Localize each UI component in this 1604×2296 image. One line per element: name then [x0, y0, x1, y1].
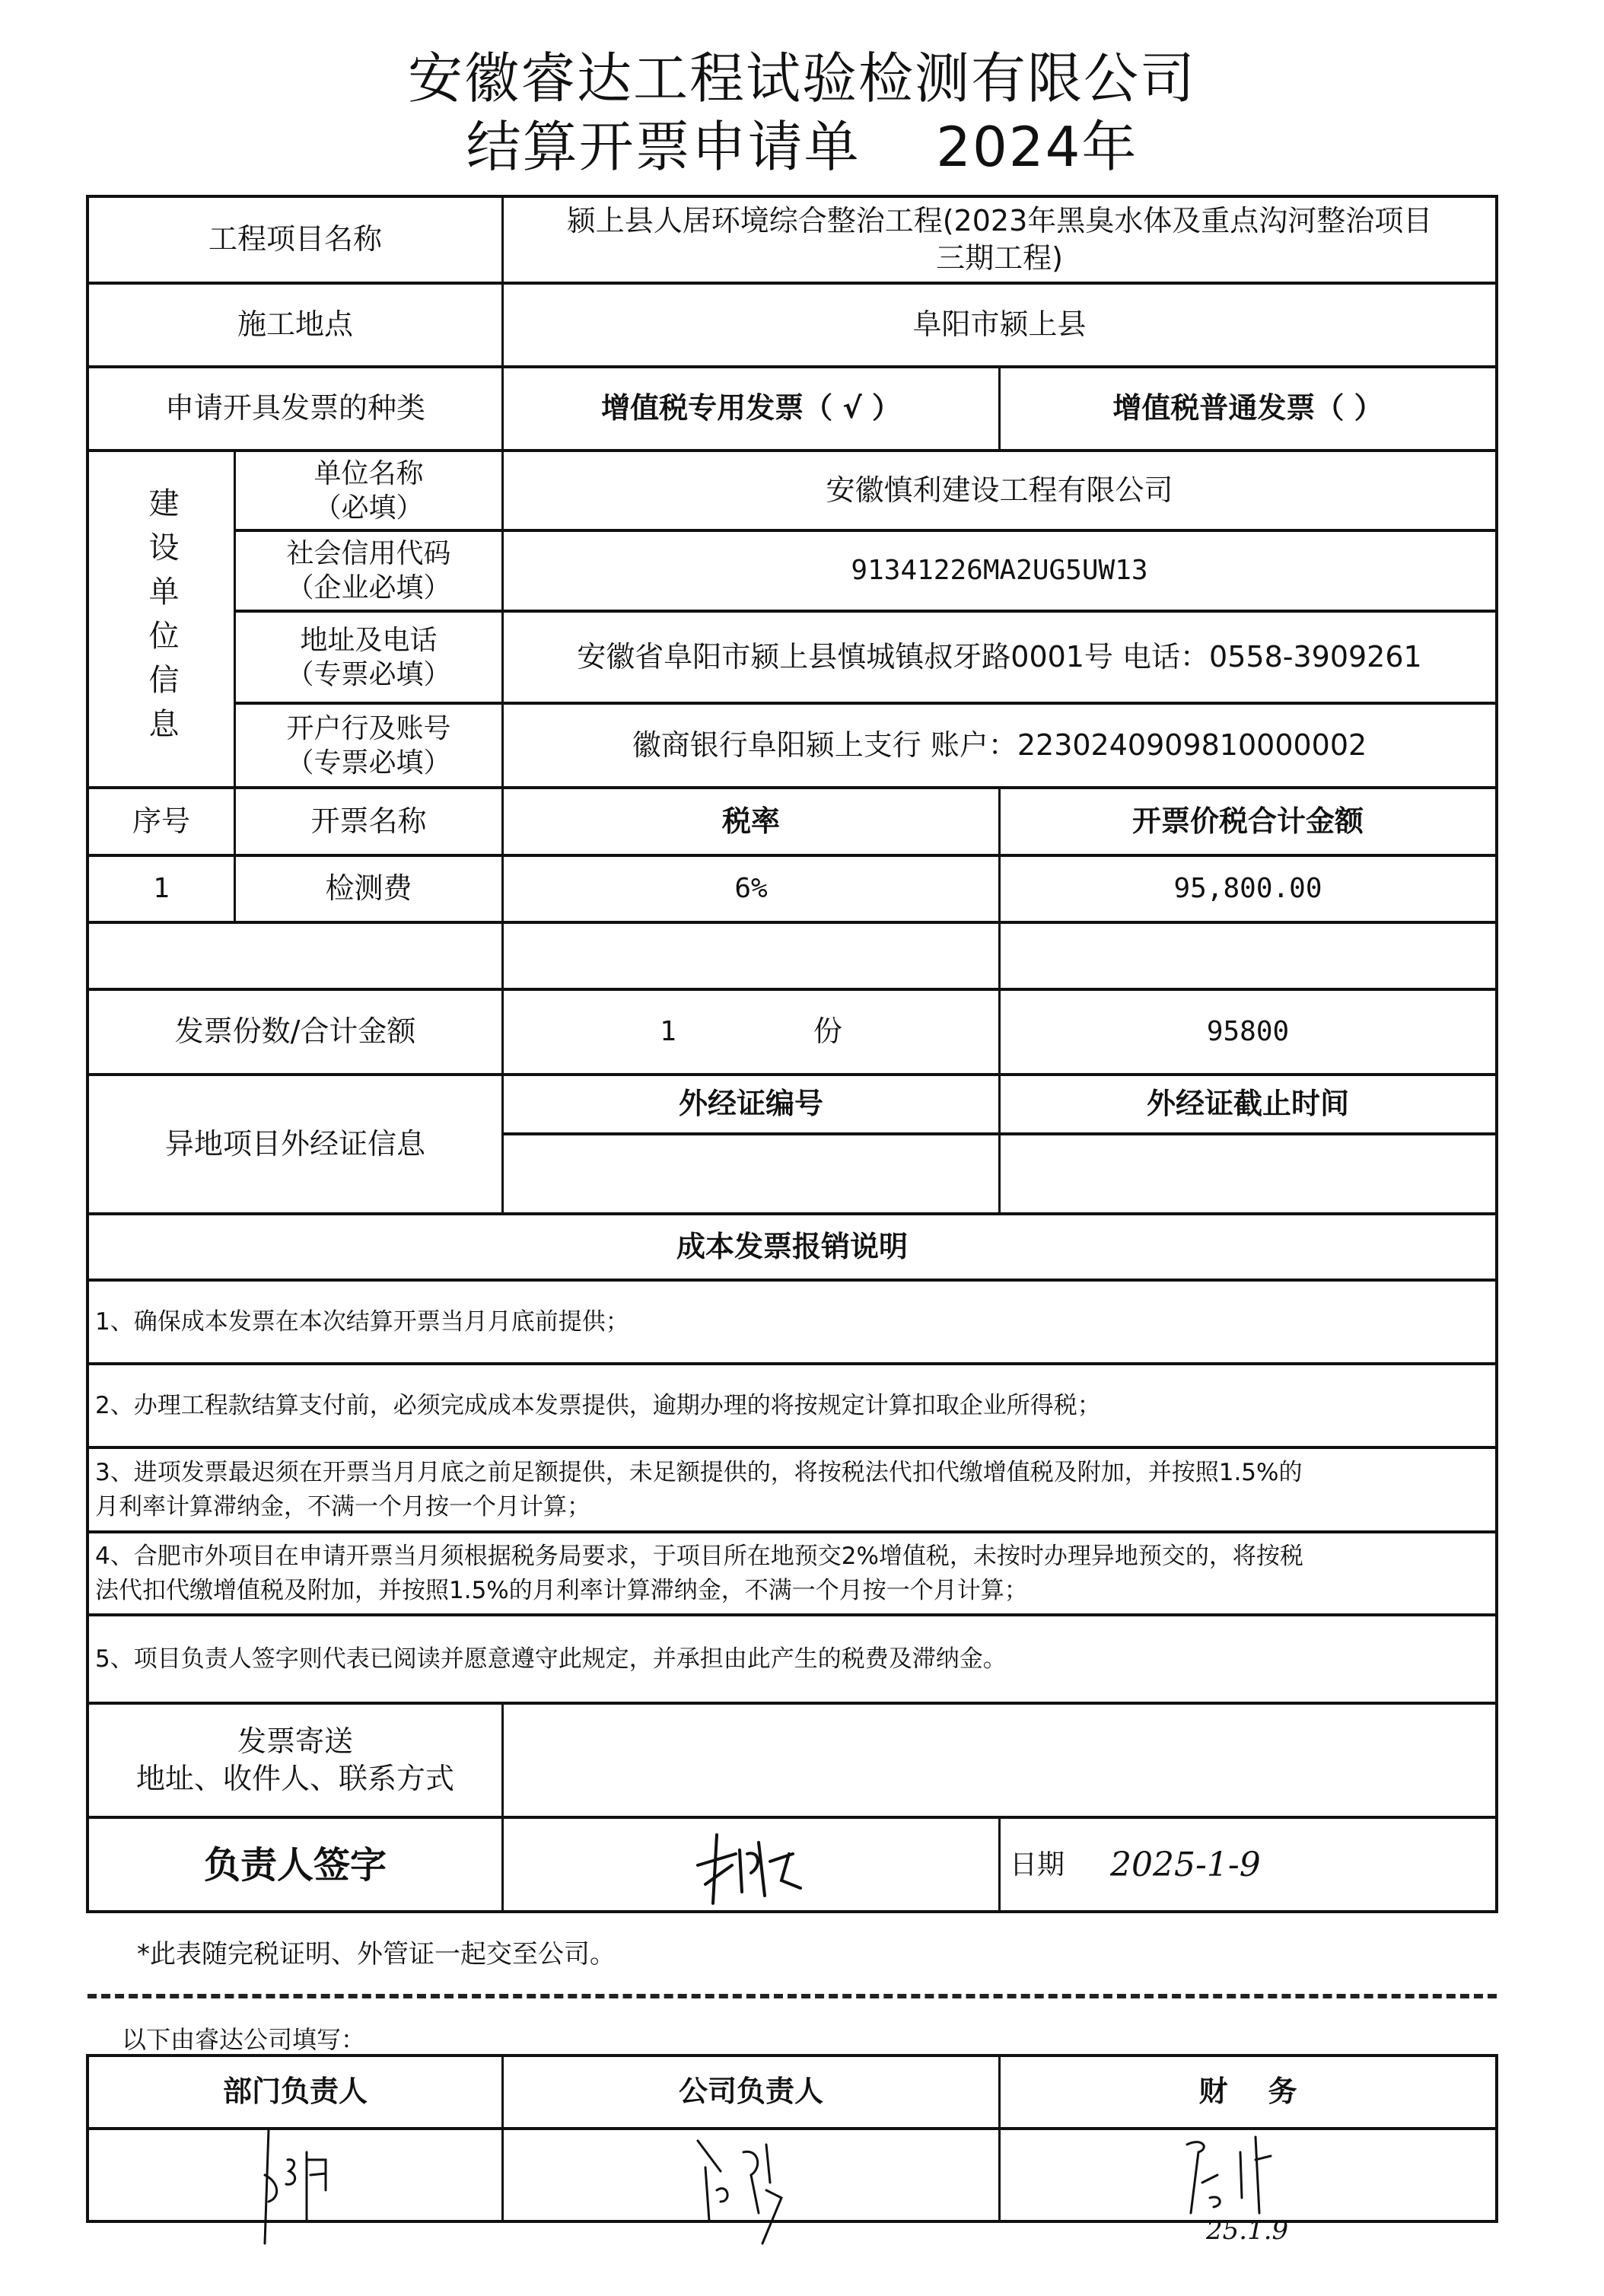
credit-code-value: 91341226MA2UG5UW13 — [504, 532, 1495, 610]
normal-vat-option[interactable]: 增值税普通发票（ ） — [1001, 368, 1495, 449]
signature-field[interactable] — [504, 1819, 998, 1912]
invoice-type-label: 申请开具发票的种类 — [89, 368, 501, 449]
form-year: 2024年 — [936, 115, 1138, 179]
cost-invoice-title: 成本发票报销说明 — [89, 1215, 1495, 1279]
label-line1: 地址及电话 — [300, 623, 437, 658]
label-line2: （专票必填） — [286, 746, 450, 780]
item-amount-empty[interactable] — [1001, 924, 1495, 988]
cut-line-divider — [88, 1994, 1497, 1998]
internal-caption: 以下由睿达公司填写： — [122, 2021, 365, 2056]
form-title-text: 结算开票申请单 — [466, 115, 861, 179]
label-line1: 开户行及账号 — [286, 712, 450, 746]
cost-note-2: 2、办理工程款结算支付前，必须完成成本发票提供，逾期办理的将按规定计算扣取企业所… — [89, 1365, 1495, 1446]
address-phone-label: 地址及电话 （专票必填） — [236, 613, 501, 702]
handwritten-signature-icon — [675, 2129, 827, 2251]
remote-cert-label: 异地项目外经证信息 — [89, 1076, 501, 1212]
handwritten-signature-icon — [234, 2129, 356, 2251]
form-title: 结算开票申请单 2024年 — [0, 103, 1604, 182]
label-line1: 社会信用代码 — [286, 537, 450, 571]
item-tax-rate-empty[interactable] — [504, 924, 998, 988]
label-line2: （必填） — [313, 491, 423, 525]
summary-label: 发票份数/合计金额 — [89, 991, 501, 1073]
finance-signature[interactable]: 25.1.9 — [1001, 2130, 1495, 2220]
handwritten-signature-icon — [1157, 2129, 1339, 2282]
delivery-label-line1: 发票寄送 — [237, 1723, 353, 1760]
project-name-label: 工程项目名称 — [89, 198, 501, 282]
project-name-line2: 三期工程) — [936, 240, 1063, 277]
company-head-header: 公司负责人 — [504, 2057, 998, 2127]
label-line1: 单位名称 — [313, 457, 423, 491]
item-tax-rate: 6% — [504, 857, 998, 921]
col-header-tax-rate: 税率 — [504, 789, 998, 854]
item-name: 检测费 — [236, 857, 501, 921]
col-header-total-amount: 开票价税合计金额 — [1001, 789, 1495, 854]
address-phone-value: 安徽省阜阳市颍上县慎城镇叔牙路0001号 电话：0558-3909261 — [504, 613, 1495, 702]
cost-note-4: 4、合肥市外项目在申请开票当月须根据税务局要求，于项目所在地预交2%增值税，未按… — [89, 1533, 1495, 1613]
signature-date-cell[interactable]: 日期 2025-1-9 — [1001, 1819, 1495, 1912]
cost-note-4-line1: 4、合肥市外项目在申请开票当月须根据税务局要求，于项目所在地预交2%增值税，未按… — [95, 1540, 1303, 1574]
cost-note-3-line1: 3、进项发票最迟须在开票当月月底之前足额提供，未足额提供的，将按税法代扣代缴增值… — [95, 1456, 1302, 1490]
footnote: *此表随完税证明、外管证一起交至公司。 — [137, 1933, 616, 1970]
col-header-seq: 序号 — [89, 789, 234, 854]
builder-name-value: 安徽慎利建设工程有限公司 — [504, 452, 1495, 529]
finance-header: 财 务 — [1001, 2057, 1495, 2127]
site-value: 阜阳市颍上县 — [504, 285, 1495, 365]
handwritten-signature-icon — [675, 1820, 827, 1911]
dept-head-header: 部门负责人 — [89, 2057, 501, 2127]
cert-number-value[interactable] — [504, 1135, 998, 1212]
summary-copies: 1 份 — [504, 991, 998, 1073]
label-line2: （企业必填） — [286, 571, 450, 605]
cert-number-header: 外经证编号 — [504, 1076, 998, 1132]
builder-info-group-text: 建设单位信息 — [142, 487, 181, 752]
signature-label: 负责人签字 — [89, 1819, 501, 1912]
credit-code-label: 社会信用代码 （企业必填） — [236, 532, 501, 610]
cost-note-3-line2: 月利率计算滞纳金，不满一个月按一个月计算； — [95, 1490, 590, 1524]
dept-head-signature[interactable] — [89, 2130, 501, 2220]
cert-deadline-value[interactable] — [1001, 1135, 1495, 1212]
bank-account-label: 开户行及账号 （专票必填） — [236, 705, 501, 786]
builder-name-label: 单位名称 （必填） — [236, 452, 501, 529]
cost-note-1: 1、确保成本发票在本次结算开票当月月底前提供； — [89, 1282, 1495, 1362]
special-vat-option[interactable]: 增值税专用发票（ √ ） — [504, 368, 998, 449]
delivery-label-line2: 地址、收件人、联系方式 — [136, 1760, 454, 1798]
date-label: 日期 — [1010, 1848, 1065, 1884]
cost-note-5: 5、项目负责人签字则代表已阅读并愿意遵守此规定，并承担由此产生的税费及滞纳金。 — [89, 1616, 1495, 1702]
col-header-invoice-name: 开票名称 — [236, 789, 501, 854]
project-name-value: 颍上县人居环境综合整治工程(2023年黑臭水体及重点沟河整治项目 三期工程) — [504, 198, 1495, 282]
delivery-value[interactable] — [504, 1705, 1495, 1816]
site-label: 施工地点 — [89, 285, 501, 365]
summary-total: 95800 — [1001, 991, 1495, 1073]
item-seq-empty[interactable] — [89, 924, 234, 988]
date-value: 2025-1-9 — [1110, 1843, 1261, 1887]
item-name-empty[interactable] — [236, 924, 501, 988]
item-seq: 1 — [89, 857, 234, 921]
item-amount: 95,800.00 — [1001, 857, 1495, 921]
bank-account-value: 徽商银行阜阳颍上支行 账户：2230240909810000002 — [504, 705, 1495, 786]
finance-date: 25.1.9 — [1206, 2214, 1288, 2247]
project-name-line1: 颍上县人居环境综合整治工程(2023年黑臭水体及重点沟河整治项目 — [567, 202, 1433, 240]
copies-count: 1 — [660, 1014, 676, 1050]
company-head-signature[interactable] — [504, 2130, 998, 2220]
copies-unit: 份 — [813, 1013, 842, 1050]
delivery-label: 发票寄送 地址、收件人、联系方式 — [89, 1705, 501, 1816]
company-title: 安徽睿达工程试验检测有限公司 — [0, 34, 1604, 113]
cert-deadline-header: 外经证截止时间 — [1001, 1076, 1495, 1132]
cost-note-3: 3、进项发票最迟须在开票当月月底之前足额提供，未足额提供的，将按税法代扣代缴增值… — [89, 1449, 1495, 1530]
cost-note-4-line2: 法代扣代缴增值税及附加，并按照1.5%的月利率计算滞纳金，不满一个月按一个月计算… — [95, 1574, 1028, 1608]
label-line2: （专票必填） — [286, 658, 450, 692]
builder-info-group-label: 建设单位信息 — [89, 452, 234, 786]
